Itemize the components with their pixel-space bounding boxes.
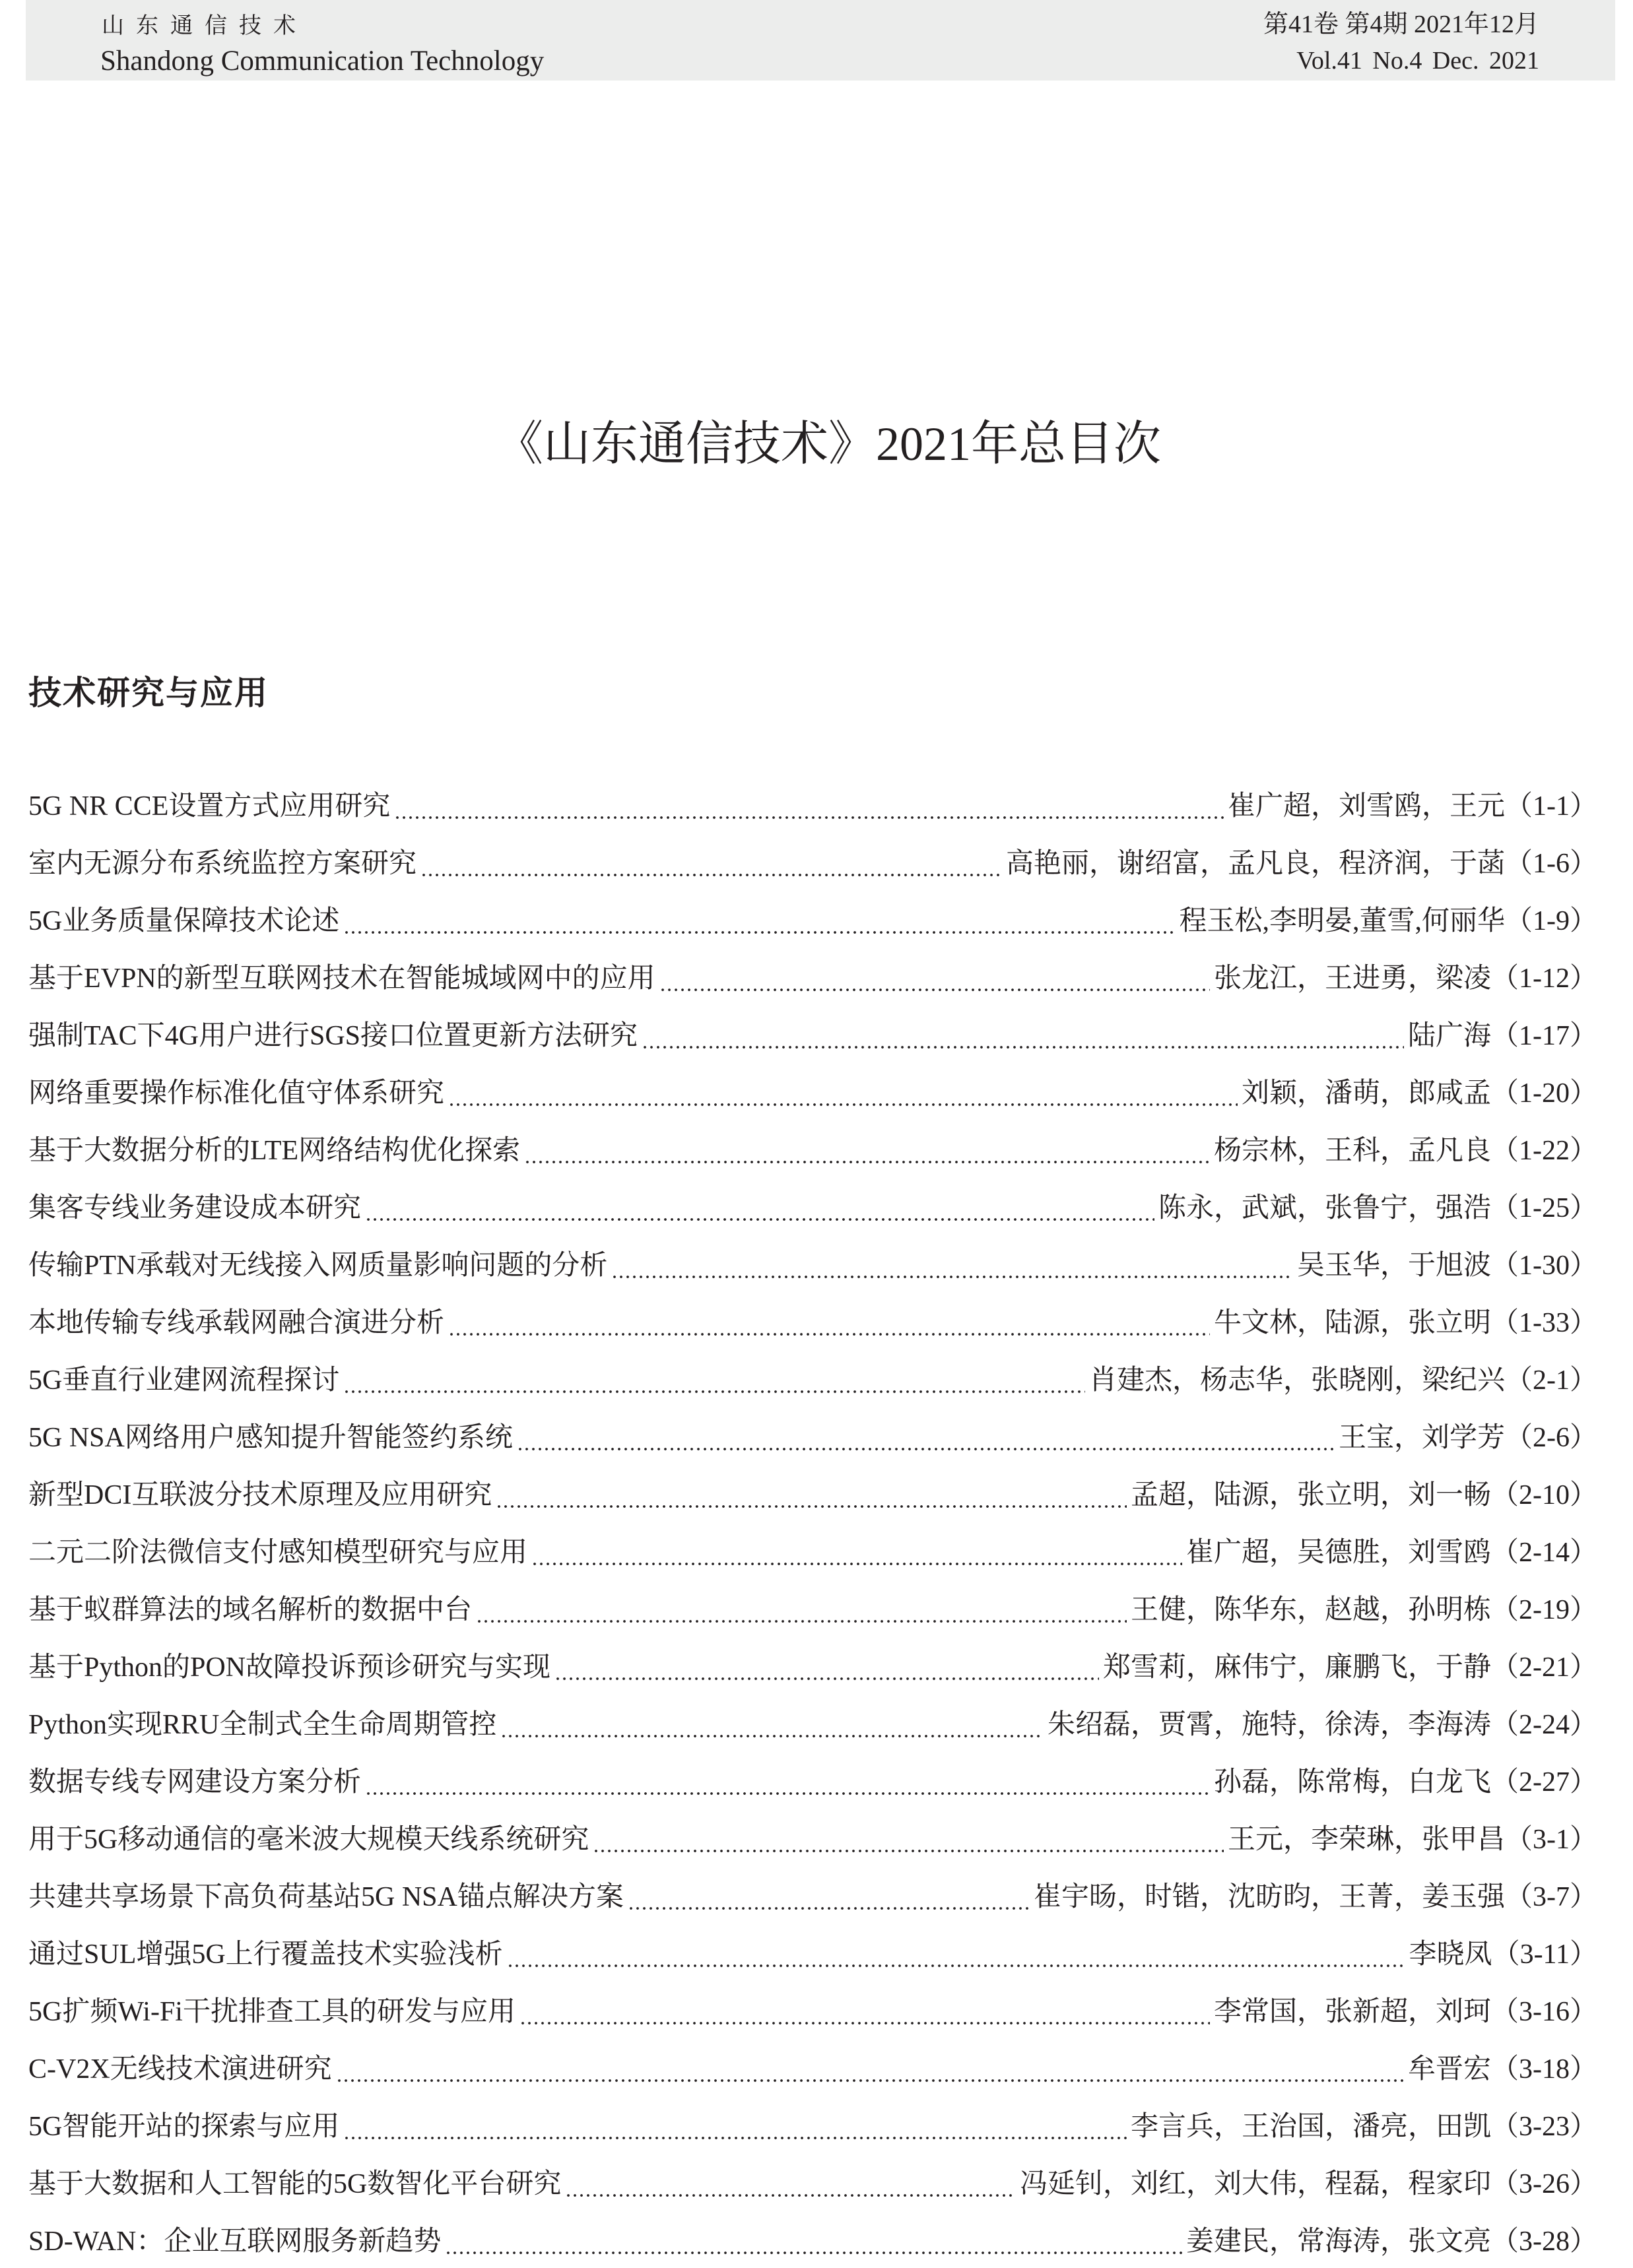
entry-title: 5G扩频Wi-Fi干扰排查工具的研发与应用 <box>28 1984 516 2041</box>
entry-authors: 郑雪莉，麻伟宁，廉鹏飞，于静 <box>1103 1639 1491 1697</box>
entry-authors: 孟超，陆源，张立明，刘一畅 <box>1131 1467 1491 1524</box>
dot-leader <box>343 893 1175 950</box>
entry-authors: 牛文林，陆源，张立明 <box>1214 1295 1491 1352</box>
entry-page: （3-1） <box>1505 1811 1597 1869</box>
dot-leader <box>531 1524 1182 1582</box>
entry-authors: 孙磊，陈常梅，白龙飞 <box>1214 1754 1491 1811</box>
entry-authors: 刘颖，潘萌，郎咸孟 <box>1242 1065 1491 1122</box>
toc-entry[interactable]: 网络重要操作标准化值守体系研究刘颖，潘萌，郎咸孟（1-20） <box>28 1065 1597 1122</box>
dot-leader <box>565 2156 1016 2213</box>
entry-page: （1-6） <box>1505 835 1597 893</box>
entry-authors: 冯延钊，刘红，刘大伟，程磊，程家印 <box>1020 2156 1491 2213</box>
toc-entry[interactable]: 5G智能开站的探索与应用李言兵，王治国，潘亮，田凯（3-23） <box>28 2098 1597 2156</box>
entry-title: 新型DCI互联波分技术原理及应用研究 <box>28 1467 492 1524</box>
dot-leader <box>642 1008 1404 1065</box>
entry-title: C-V2X无线技术演进研究 <box>28 2041 332 2098</box>
dot-leader <box>517 1409 1335 1467</box>
toc-entry[interactable]: Python实现RRU全制式全生命周期管控朱绍磊，贾霄，施特，徐涛，李海涛（2-… <box>28 1697 1597 1754</box>
toc-entry[interactable]: 基于EVPN的新型互联网技术在智能城域网中的应用张龙江，王进勇，梁凌（1-12） <box>28 950 1597 1008</box>
entry-page: （1-30） <box>1491 1237 1597 1295</box>
entry-title: 5G NR CCE设置方式应用研究 <box>28 778 390 835</box>
toc-entry[interactable]: 传输PTN承载对无线接入网质量影响问题的分析吴玉华，于旭波（1-30） <box>28 1237 1597 1295</box>
entry-title: 通过SUL增强5G上行覆盖技术实验浅析 <box>28 1926 503 1984</box>
dot-leader <box>343 1352 1085 1409</box>
entry-page: （2-19） <box>1491 1582 1597 1639</box>
entry-title: 网络重要操作标准化值守体系研究 <box>28 1065 444 1122</box>
toc-entry[interactable]: 基于Python的PON故障投诉预诊研究与实现郑雪莉，麻伟宁，廉鹏飞，于静（2-… <box>28 1639 1597 1697</box>
toc-entry[interactable]: 用于5G移动通信的毫米波大规模天线系统研究王元，李荣琳，张甲昌（3-1） <box>28 1811 1597 1869</box>
entry-page: （3-11） <box>1492 1926 1597 1984</box>
toc-entry[interactable]: 新型DCI互联波分技术原理及应用研究孟超，陆源，张立明，刘一畅（2-10） <box>28 1467 1597 1524</box>
entry-authors: 姜建民，常海涛，张文亮 <box>1186 2213 1491 2268</box>
toc-entry[interactable]: 通过SUL增强5G上行覆盖技术实验浅析李晓凤（3-11） <box>28 1926 1597 1984</box>
entry-title: Python实现RRU全制式全生命周期管控 <box>28 1697 496 1754</box>
dot-leader <box>336 2041 1404 2098</box>
toc-entry[interactable]: 5G垂直行业建网流程探讨肖建杰，杨志华，张晓刚，梁纪兴（2-1） <box>28 1352 1597 1409</box>
entry-authors: 王健，陈华东，赵越，孙明栋 <box>1131 1582 1491 1639</box>
entry-page: （2-10） <box>1491 1467 1597 1524</box>
dot-leader <box>507 1926 1405 1984</box>
entry-title: 5G智能开站的探索与应用 <box>28 2098 339 2156</box>
toc-entry[interactable]: 共建共享场景下高负荷基站5G NSA锚点解决方案崔宇旸，时锴，沈昉昀，王菁，姜玉… <box>28 1869 1597 1926</box>
entry-title: 基于大数据分析的LTE网络结构优化探索 <box>28 1122 520 1180</box>
dot-leader <box>448 1295 1210 1352</box>
entry-page: （3-23） <box>1491 2098 1597 2156</box>
entry-title: 基于蚁群算法的域名解析的数据中台 <box>28 1582 472 1639</box>
dot-leader <box>496 1467 1127 1524</box>
entry-authors: 李常国，张新超，刘珂 <box>1214 1984 1491 2041</box>
page-title: 《山东通信技术》2021年总目次 <box>24 414 1633 474</box>
toc-entry[interactable]: 5G业务质量保障技术论述程玉松,李明晏,董雪,何丽华（1-9） <box>28 893 1597 950</box>
toc-entry[interactable]: 室内无源分布系统监控方案研究高艳丽，谢绍富，孟凡良，程济润，于菡（1-6） <box>28 835 1597 893</box>
entry-authors: 崔广超，吴德胜，刘雪鸥 <box>1186 1524 1491 1582</box>
dot-leader <box>365 1180 1154 1237</box>
toc-entry[interactable]: 二元二阶法微信支付感知模型研究与应用崔广超，吴德胜，刘雪鸥（2-14） <box>28 1524 1597 1582</box>
entry-title: 本地传输专线承载网融合演进分析 <box>28 1295 444 1352</box>
toc-entry[interactable]: 基于大数据和人工智能的5G数智化平台研究冯延钊，刘红，刘大伟，程磊，程家印（3-… <box>28 2156 1597 2213</box>
toc-entry[interactable]: 本地传输专线承载网融合演进分析牛文林，陆源，张立明（1-33） <box>28 1295 1597 1352</box>
dot-leader <box>554 1639 1099 1697</box>
entry-title: 基于大数据和人工智能的5G数智化平台研究 <box>28 2156 561 2213</box>
entry-page: （1-33） <box>1491 1295 1597 1352</box>
entry-authors: 朱绍磊，贾霄，施特，徐涛，李海涛 <box>1048 1697 1491 1754</box>
entry-title: 5G垂直行业建网流程探讨 <box>28 1352 339 1409</box>
entry-title: 传输PTN承载对无线接入网质量影响问题的分析 <box>28 1237 607 1295</box>
entry-title: 二元二阶法微信支付感知模型研究与应用 <box>28 1524 527 1582</box>
toc-entry[interactable]: SD-WAN：企业互联网服务新趋势姜建民，常海涛，张文亮（3-28） <box>28 2213 1597 2268</box>
toc-entry[interactable]: 数据专线专网建设方案分析孙磊，陈常梅，白龙飞（2-27） <box>28 1754 1597 1811</box>
issue-info-cn: 第41卷 第4期 2021年12月 <box>1263 9 1539 40</box>
entry-authors: 王元，李荣琳，张甲昌 <box>1228 1811 1505 1869</box>
entry-authors: 陆广海 <box>1408 1008 1491 1065</box>
dot-leader <box>524 1122 1210 1180</box>
entry-page: （2-1） <box>1505 1352 1597 1409</box>
toc-entry[interactable]: 集客专线业务建设成本研究陈永，武斌，张鲁宁，强浩（1-25） <box>28 1180 1597 1237</box>
document-page: 山东通信技术 Shandong Communication Technology… <box>0 0 1633 2268</box>
dot-leader <box>519 1984 1210 2041</box>
entry-authors: 高艳丽，谢绍富，孟凡良，程济润，于菡 <box>1006 835 1505 893</box>
entry-authors: 张龙江，王进勇，梁凌 <box>1214 950 1491 1008</box>
entry-page: （3-16） <box>1491 1984 1597 2041</box>
entry-title: 室内无源分布系统监控方案研究 <box>28 835 417 893</box>
section-heading: 技术研究与应用 <box>28 673 269 713</box>
entry-page: （2-24） <box>1491 1697 1597 1754</box>
dot-leader <box>476 1582 1127 1639</box>
entry-authors: 杨宗林，王科，孟凡良 <box>1214 1122 1491 1180</box>
toc-entry[interactable]: 5G NR CCE设置方式应用研究崔广超，刘雪鸥，王元（1-1） <box>28 778 1597 835</box>
dot-leader <box>611 1237 1293 1295</box>
entry-authors: 崔宇旸，时锴，沈昉昀，王菁，姜玉强 <box>1034 1869 1505 1926</box>
entry-page: （2-21） <box>1491 1639 1597 1697</box>
dot-leader <box>420 835 1002 893</box>
entry-title: 5G业务质量保障技术论述 <box>28 893 339 950</box>
entry-title: 用于5G移动通信的毫米波大规模天线系统研究 <box>28 1811 589 1869</box>
entry-page: （1-17） <box>1491 1008 1597 1065</box>
entry-title: 基于EVPN的新型互联网技术在智能城域网中的应用 <box>28 950 655 1008</box>
toc-entry[interactable]: 5G NSA网络用户感知提升智能签约系统王宝，刘学芳（2-6） <box>28 1409 1597 1467</box>
entry-page: （2-6） <box>1505 1409 1597 1467</box>
toc-entry[interactable]: 强制TAC下4G用户进行SGS接口位置更新方法研究陆广海（1-17） <box>28 1008 1597 1065</box>
toc-entry[interactable]: 基于蚁群算法的域名解析的数据中台王健，陈华东，赵越，孙明栋（2-19） <box>28 1582 1597 1639</box>
entry-authors: 李晓凤 <box>1409 1926 1492 1984</box>
toc-entry[interactable]: 5G扩频Wi-Fi干扰排查工具的研发与应用李常国，张新超，刘珂（3-16） <box>28 1984 1597 2041</box>
dot-leader <box>343 2098 1127 2156</box>
entry-authors: 程玉松,李明晏,董雪,何丽华 <box>1179 893 1505 950</box>
entry-page: （1-1） <box>1505 778 1597 835</box>
entry-title: SD-WAN：企业互联网服务新趋势 <box>28 2213 441 2268</box>
dot-leader <box>659 950 1210 1008</box>
entry-title: 数据专线专网建设方案分析 <box>28 1754 361 1811</box>
dot-leader <box>448 1065 1238 1122</box>
entry-page: （3-7） <box>1505 1869 1597 1926</box>
entry-page: （1-12） <box>1491 950 1597 1008</box>
entry-title: 5G NSA网络用户感知提升智能签约系统 <box>28 1409 513 1467</box>
dot-leader <box>500 1697 1044 1754</box>
entry-page: （3-26） <box>1491 2156 1597 2213</box>
entry-authors: 肖建杰，杨志华，张晓刚，梁纪兴 <box>1089 1352 1505 1409</box>
entry-page: （1-9） <box>1505 893 1597 950</box>
entry-page: （2-27） <box>1491 1754 1597 1811</box>
toc-entry[interactable]: C-V2X无线技术演进研究牟晋宏（3-18） <box>28 2041 1597 2098</box>
entry-title: 共建共享场景下高负荷基站5G NSA锚点解决方案 <box>28 1869 624 1926</box>
entry-authors: 王宝，刘学芳 <box>1339 1409 1505 1467</box>
entry-page: （1-25） <box>1491 1180 1597 1237</box>
entry-title: 基于Python的PON故障投诉预诊研究与实现 <box>28 1639 550 1697</box>
entry-authors: 吴玉华，于旭波 <box>1297 1237 1491 1295</box>
dot-leader <box>445 2213 1182 2268</box>
dot-leader <box>365 1754 1210 1811</box>
issue-info-en: Vol.41 No.4 Dec. 2021 <box>1296 45 1539 77</box>
toc-list: 5G NR CCE设置方式应用研究崔广超，刘雪鸥，王元（1-1） 室内无源分布系… <box>28 778 1597 2268</box>
entry-authors: 牟晋宏 <box>1408 2041 1491 2098</box>
dot-leader <box>593 1811 1224 1869</box>
journal-name-en: Shandong Communication Technology <box>100 45 544 78</box>
journal-name-cn: 山东通信技术 <box>102 12 308 41</box>
entry-title: 强制TAC下4G用户进行SGS接口位置更新方法研究 <box>28 1008 638 1065</box>
toc-entry[interactable]: 基于大数据分析的LTE网络结构优化探索杨宗林，王科，孟凡良（1-22） <box>28 1122 1597 1180</box>
dot-leader <box>628 1869 1030 1926</box>
entry-authors: 陈永，武斌，张鲁宁，强浩 <box>1158 1180 1491 1237</box>
entry-page: （2-14） <box>1491 1524 1597 1582</box>
entry-page: （1-22） <box>1491 1122 1597 1180</box>
entry-page: （3-28） <box>1491 2213 1597 2268</box>
entry-title: 集客专线业务建设成本研究 <box>28 1180 361 1237</box>
entry-authors: 崔广超，刘雪鸥，王元 <box>1228 778 1505 835</box>
entry-page: （1-20） <box>1491 1065 1597 1122</box>
entry-page: （3-18） <box>1491 2041 1597 2098</box>
entry-authors: 李言兵，王治国，潘亮，田凯 <box>1131 2098 1491 2156</box>
dot-leader <box>394 778 1224 835</box>
